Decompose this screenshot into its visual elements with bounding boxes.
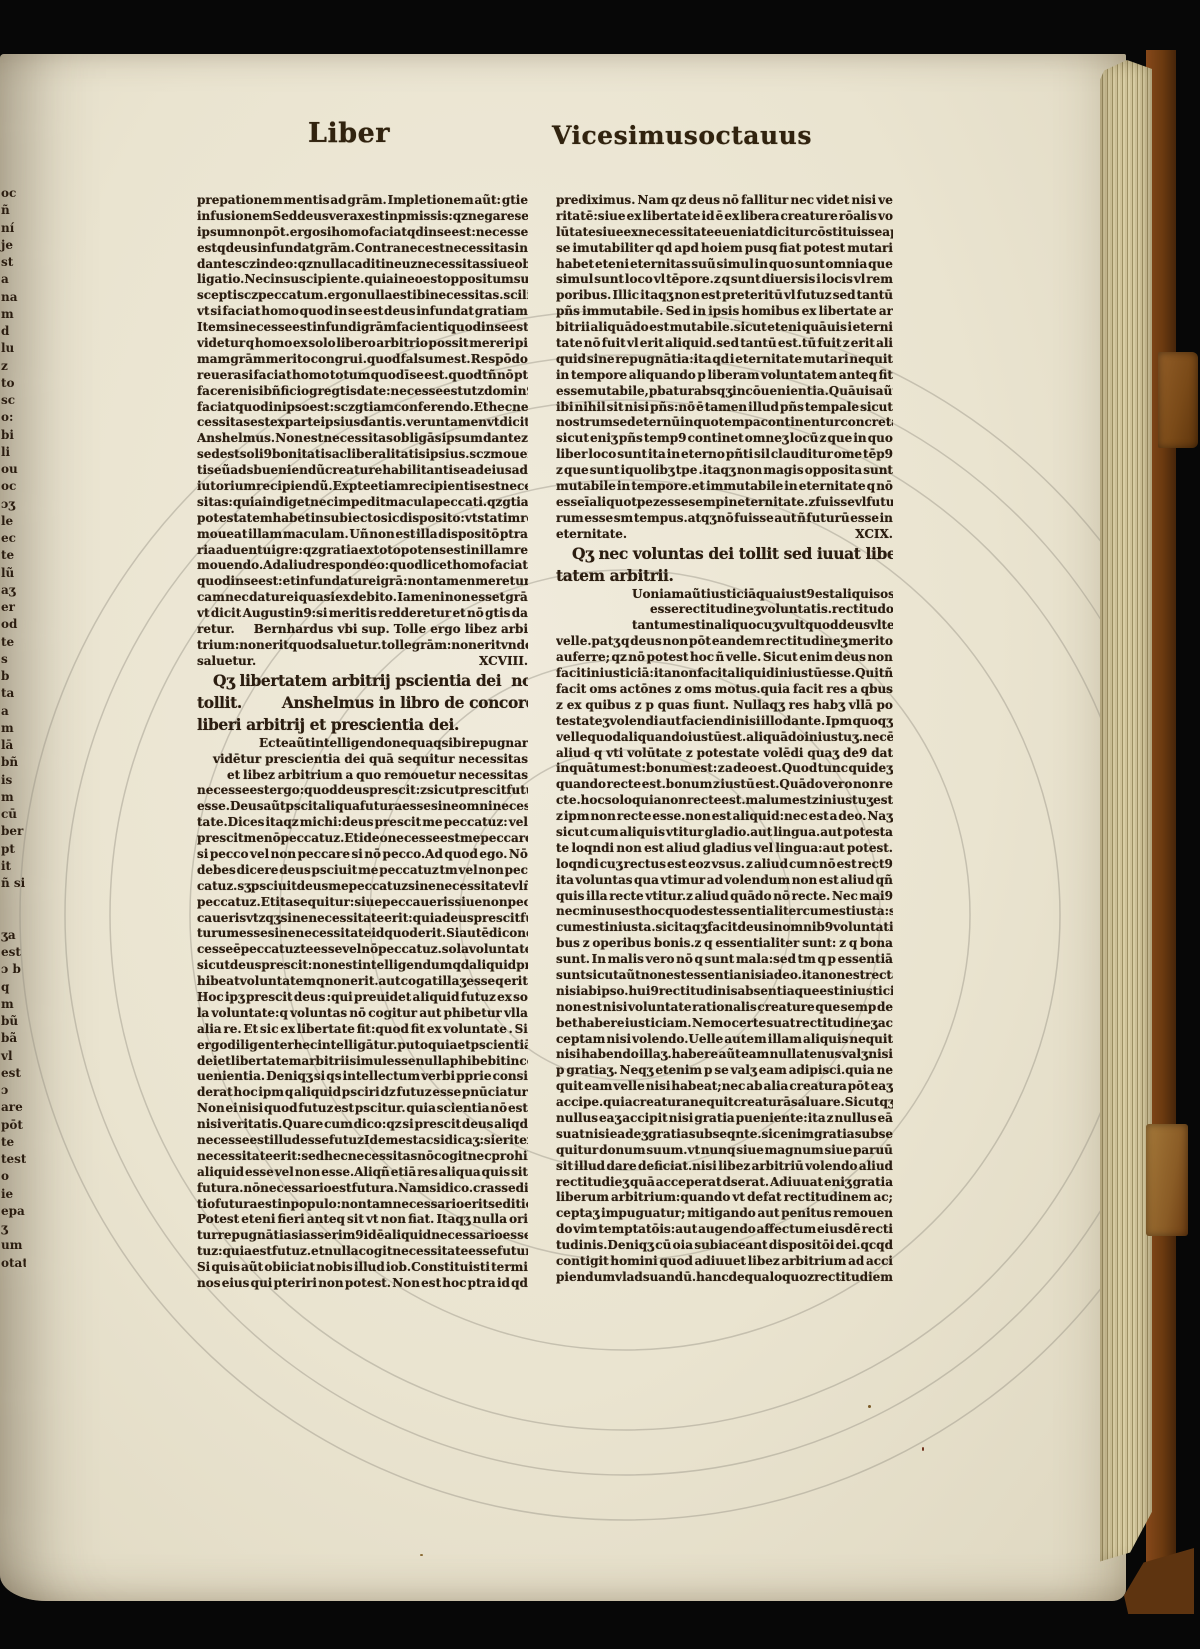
text-line: debesdiceredeuspsciuitmepeccatuztmvelnon… — [197, 863, 528, 879]
text-line: bitriialiquādoestmutabile.sicuteteniquāu… — [556, 320, 893, 336]
text-line: sedestsoli9bonitatisacliberalitatisipsiu… — [197, 447, 528, 463]
text-line: s — [1, 651, 26, 668]
text-line: Itemsinecesseestinfundigrāmfacientiquodi… — [197, 320, 528, 336]
text-line: vidēturprescientiadeiquāsequiturnecessit… — [197, 752, 528, 768]
text-line: ta — [1, 685, 26, 702]
paper-speck — [868, 1405, 871, 1408]
text-line: accipe.quiacreaturanequitcreaturāsaluare… — [556, 1095, 893, 1111]
facing-page-edge-text: ocñníjestanamdluztosco:biliouocɔʒleectel… — [0, 185, 26, 1272]
chapter-heading-line: liberi arbitrij et prescientia dei. — [197, 714, 528, 736]
text-line: rumessesmtempus.atqʒnōfuisseautñfuturūes… — [556, 511, 893, 527]
text-line: quiturdonumsuum.vtnunqsiuemagnumsiueparu… — [556, 1143, 893, 1159]
text-line: hibeatvoluntatemqnonerit.autcogatillaʒes… — [197, 974, 528, 990]
text-line: teloqndinonestaliudgladiusvellingua:autp… — [556, 841, 893, 857]
text-line: dovimtemptatōis:autaugendoaffectumeiusdē… — [556, 1222, 893, 1238]
text-line: ritatē:siueexlibertateidēexliberacreatur… — [556, 209, 893, 225]
text-line: estqdeusinfundatgrām.Contranecestnecessi… — [197, 241, 528, 257]
text-line: est — [1, 1065, 26, 1082]
text-line: facitomsactōneszomsmotus.quiafacitresaqb… — [556, 682, 893, 698]
text-line: dantesczindeo:qznullacaditineuznecessita… — [197, 257, 528, 273]
text-line: habetetenieternitassuũsimulinquosuntomni… — [556, 257, 893, 273]
text-line: poribus.Illicitaqʒnonestpreteritūvlfutuz… — [556, 288, 893, 304]
text-line: est — [1, 944, 26, 961]
text-line — [1, 910, 26, 927]
text-line: ergodiligenterhecintelligātur.putoquiaet… — [197, 1038, 528, 1054]
text-line: je — [1, 237, 26, 254]
text-line: ñ si — [1, 875, 26, 892]
text-line: necesseestilludessefutuzIdemestacsidicaʒ… — [197, 1133, 528, 1149]
text-line: nonestnisivoluntaterationaliscreatureque… — [556, 1000, 893, 1016]
text-line: aliquidessevelnonesse.Aliqñetiāresaliqua… — [197, 1165, 528, 1181]
text-line: esserectitudineʒvoluntatis.rectitudoaũtt… — [556, 602, 893, 618]
text-line: suatnisieadeʒgratiasubseqnte.sicenimgrat… — [556, 1127, 893, 1143]
text-line: camnecdatureiquasiexdebito.Iameninonesse… — [197, 590, 528, 606]
text-line: intemporealiquandopliberamvoluntatemante… — [556, 368, 893, 384]
text-line: um — [1, 1237, 26, 1254]
text-line: bi — [1, 427, 26, 444]
text-line: cumestiniusta.sicitaqʒfacitdeusinomnib9v… — [556, 920, 893, 936]
text-line: a — [1, 271, 26, 288]
text-line: ʒ — [1, 1220, 26, 1237]
text-line: faciatquodinipsoest:sczgtiamconferendo.E… — [197, 400, 528, 416]
text-line: le — [1, 513, 26, 530]
text-line: necessitateerit:sedhecnecessitasnōcogitn… — [197, 1149, 528, 1165]
text-line: bñ — [1, 754, 26, 771]
text-line: itavoluntasquavtimuradvolendumnonestaliu… — [556, 873, 893, 889]
text-line: vtdicitAugustin9:simeritisreddereturetnō… — [197, 606, 528, 622]
text-line: sc — [1, 392, 26, 409]
text-line: Potestetenifierianteqsitvtnonfiat.Itaqʒn… — [197, 1212, 528, 1228]
text-line: sitilluddaredeficiat.nisilibezarbitriūvo… — [556, 1159, 893, 1175]
text-line: d — [1, 323, 26, 340]
text-line: necminusesthocquodestessentialitercumest… — [556, 904, 893, 920]
paper-speck — [922, 1447, 924, 1451]
text-line: videturqhomoexsololiberoarbitriopossitme… — [197, 336, 528, 352]
text-line: ie — [1, 1186, 26, 1203]
text-line: simulsuntlocovltēpore.zqsuntdiuersisiloc… — [556, 272, 893, 288]
text-line: tudinis.Deniqʒcūoiasubiaceantdispositōid… — [556, 1238, 893, 1254]
text-line: lā — [1, 737, 26, 754]
text-line: bũ — [1, 1013, 26, 1030]
text-line: er — [1, 599, 26, 616]
text-line: zipmnonrecteesse.nonestaliquid:necestade… — [556, 809, 893, 825]
text-line: test — [1, 1151, 26, 1168]
text-line: pgratiaʒ.Neqʒetenimpsevalʒeamadipisci.qu… — [556, 1063, 893, 1079]
text-line: ɔ b — [1, 961, 26, 978]
text-line: z — [1, 358, 26, 375]
text-line: nostrumsedeternūinquotempacontinenturcon… — [556, 415, 893, 431]
text-line: tatenōfuitvleritaliquid.sedtantūest.tūfu… — [556, 336, 893, 352]
text-line: prescitmenōpeccatuz.Etideonecesseestmepe… — [197, 831, 528, 847]
text-line: ní — [1, 220, 26, 237]
text-line: aliare.Etsicexlibertatefit:quodfitexvolu… — [197, 1022, 528, 1038]
text-line: potestatemhabetinsubiectosicdisposito:vt… — [197, 511, 528, 527]
text-line: ʒa — [1, 927, 26, 944]
text-line: saluetur.XCVIII. — [197, 654, 528, 670]
text-line: sicuteniʒpñstemp9continetomneʒlocūzquein… — [556, 431, 893, 447]
text-line: od — [1, 616, 26, 633]
text-line: nisiabipso.hui9rectitudinisabsentiaquees… — [556, 984, 893, 1000]
chapter-number: XCIX. — [855, 527, 893, 543]
text-line: buszoperibusbonis.zqessentialitersunt:zq… — [556, 936, 893, 952]
text-line: ɔʒ — [1, 496, 26, 513]
text-line: lu — [1, 340, 26, 357]
text-line: riaaduentuigre:qzgratiaextotopotensestin… — [197, 543, 528, 559]
text-line: ibinihilsitnisipñs:nōētamenilludpñstempa… — [556, 400, 893, 416]
text-line: quisillarectevtitur.zaliudquādonōrecte.N… — [556, 889, 893, 905]
text-line: tantumestinaliquocuʒvultquoddeusvlte — [556, 618, 893, 634]
text-line: a — [1, 703, 26, 720]
text-line: Uoniamaũtiusticiāquaiust9estaliquisostat — [556, 587, 893, 603]
text-line: zquesuntiquolibʒtpe.itaqʒnonmagisopposit… — [556, 463, 893, 479]
text-line: turumessesinenecessitateidquoderit.Siaut… — [197, 926, 528, 942]
text-line: Ecteaũtintelligendonequaqsibirepugnare — [197, 736, 528, 752]
text-line: mamgrāmmeritocongrui.quodfalsumest.Respō… — [197, 352, 528, 368]
text-line: necesseestergo:quoddeusprescit:zsicutpre… — [197, 783, 528, 799]
text-line: tiseũadsbueniendũcreaturehabilitantisead… — [197, 463, 528, 479]
text-line: sitas:quiaindigetnecimpeditmaculapeccati… — [197, 495, 528, 511]
text-line: ceptamnisivolendo.Uelleautemillamaliquis… — [556, 1032, 893, 1048]
running-head-book-number: Vicesimusoctauus — [552, 121, 812, 150]
text-line: pñsimmutabile.Sedinipsishomibusexliberta… — [556, 304, 893, 320]
text-line: lavoluntate:qvoluntasnōcogiturautphibetu… — [197, 1006, 528, 1022]
fore-edge-pages — [1100, 60, 1152, 1566]
text-line: to — [1, 375, 26, 392]
text-line: eternitate.XCIX. — [556, 527, 893, 543]
text-line: contigithominiquodadiuuetlibezarbitriuma… — [556, 1254, 893, 1270]
text-line: st — [1, 254, 26, 271]
text-line: m — [1, 789, 26, 806]
text-line: uenientia.Deniqʒsiqsintellectumverbippri… — [197, 1069, 528, 1085]
text-line: testateʒvolendiautfaciendinisiillodante.… — [556, 714, 893, 730]
text-line: zexquibuszpquasfiunt.Nullaqʒreshabʒvllāp… — [556, 698, 893, 714]
text-line: retur.Bernhardus vbi sup. Tolle ergo lib… — [197, 622, 528, 638]
chapter-number: XCVIII. — [479, 654, 528, 670]
paper-speck — [420, 1554, 423, 1556]
text-line: Anshelmus.Nonestnecessitasobligāsipsumda… — [197, 431, 528, 447]
text-line: o — [1, 1168, 26, 1185]
text-line: sicutcumaliquisvtiturgladio.autlingua.au… — [556, 825, 893, 841]
text-line: bethabereiusticiam.Nemocertesuatrectitud… — [556, 1016, 893, 1032]
text-line: prepationemmentisadgrām.Impletionemaũt:g… — [197, 193, 528, 209]
text-line: liberumarbitrium:quandovtdefatrectitudin… — [556, 1190, 893, 1206]
text-line: m — [1, 720, 26, 737]
chapter-heading-line: tollit. Anshelmus in libro de concordia — [197, 692, 528, 714]
text-line: ber — [1, 823, 26, 840]
text-line: nisihabendoillaʒ.habereaũteamnullatenusv… — [556, 1047, 893, 1063]
text-line: b — [1, 668, 26, 685]
clasp-upper — [1158, 352, 1198, 448]
text-line: pt — [1, 841, 26, 858]
text-line: facerenisibñficiogregtisdate:necesseestu… — [197, 384, 528, 400]
text-line: turrepugnātiasiasserim9idēaliquidnecessa… — [197, 1228, 528, 1244]
text-line: te — [1, 634, 26, 651]
text-line: facitiniusticiā:itanonfacitaliquidiniust… — [556, 666, 893, 682]
text-line: sceptisczpeccatum.ergonullaestibinecessi… — [197, 288, 528, 304]
text-line: peccatuz.Etitasequitur:siuepeccauerissiu… — [197, 895, 528, 911]
text-line: aʒ — [1, 582, 26, 599]
text-line: etlibezarbitriumaquoremoueturnecessitas — [197, 768, 528, 784]
text-line: ou — [1, 461, 26, 478]
text-line: tate.Dicesitaqzmichi:deusprescitmepeccat… — [197, 815, 528, 831]
text-line: essemutabile,pbaturabsqʒincōuenientia.Qu… — [556, 384, 893, 400]
text-line: quidsinerepugnātia:itaqdieternitatemutar… — [556, 352, 893, 368]
text-line: ñ — [1, 202, 26, 219]
text-line: m — [1, 306, 26, 323]
clasp-lower — [1146, 1124, 1188, 1236]
text-line: oc — [1, 478, 26, 495]
chapter-heading-line: Qʒ libertatem arbitrij pscientia dei non — [197, 670, 528, 692]
text-line: na — [1, 289, 26, 306]
running-head-liber: Liber — [308, 118, 390, 149]
chapter-heading-line: Qʒ nec voluntas dei tollit sed iuuat lib… — [556, 543, 893, 565]
text-line: lūtatesiueexnecessitateeueniatdiciturcōs… — [556, 225, 893, 241]
text-line: auferre;qznōpotesthocñvelle.Sicutenimdeu… — [556, 650, 893, 666]
text-line: are — [1, 1099, 26, 1116]
text-line: ɔ — [1, 1082, 26, 1099]
text-line: te — [1, 547, 26, 564]
text-line: epa — [1, 1203, 26, 1220]
text-line: te — [1, 1134, 26, 1151]
text-line: noseiusquipteririnonpotest.Nonesthocptra… — [197, 1276, 528, 1292]
text-line: m — [1, 996, 26, 1013]
text-line: mutabileintempore.etimmutabileineternita… — [556, 479, 893, 495]
text-line: cessitasestexparteipsiusdantis.veruntame… — [197, 415, 528, 431]
text-line: seimutabiliterqdapdhoiempusqfiatpotestmu… — [556, 241, 893, 257]
text-line: futura.nōnecessarioestfutura.Namsidico.c… — [197, 1181, 528, 1197]
text-column-left: prepationemmentisadgrām.Impletionemaũt:g… — [197, 193, 528, 1292]
text-line: cū — [1, 806, 26, 823]
text-line: piendumvladsuandū.hancdequaloquozrectitu… — [556, 1270, 893, 1286]
chapter-heading-line: tatem arbitrii. — [556, 565, 893, 587]
text-line: Siquisaũtobiiciatnobisilludiob.Constitui… — [197, 1260, 528, 1276]
text-line: moueatillammaculam.Uñnonestilladispositō… — [197, 527, 528, 543]
text-line: iutoriumrecipiendũ.Expteetiamrecipientis… — [197, 479, 528, 495]
text-line: velle.patʒqdeusnonpōteandemrectitudineʒm… — [556, 634, 893, 650]
text-line: infusionemSeddeusveraxestinpmissis:qzneg… — [197, 209, 528, 225]
text-column-right: prediximus.Namqzdeusnōfalliturnecvidetni… — [556, 193, 893, 1286]
photo-background: ocñníjestanamdluztosco:biliouocɔʒleectel… — [0, 0, 1200, 1649]
text-line: lũ — [1, 565, 26, 582]
text-line: trium:noneritquodsaluetur.tollegrām:none… — [197, 638, 528, 654]
text-line: reuerasifaciathomototumquodīseest.quodtñ… — [197, 368, 528, 384]
text-line: ceptaʒimpuguatur;mitigandoautpenitusremo… — [556, 1206, 893, 1222]
text-line: liberlocosuntitaineternopñtisilclauditur… — [556, 447, 893, 463]
text-line: sipeccovelnonpeccaresinōpecco.Adquodego.… — [197, 847, 528, 863]
text-line: pōt — [1, 1117, 26, 1134]
text-line: aliudqvtivolūtatezpotestatevolēdiquaʒde9… — [556, 746, 893, 762]
text-line: nisiveritatis.Quarecumdico:qzsiprescitde… — [197, 1117, 528, 1133]
text-line: vl — [1, 1048, 26, 1065]
text-line: rectitudieʒquāacceperatdserat.Adiuuateni… — [556, 1175, 893, 1191]
text-line: nulluseaʒaccipitnisigratiapueniente:itaz… — [556, 1111, 893, 1127]
text-line: deietlibertatemarbitriisimulessenullaphi… — [197, 1054, 528, 1070]
text-line: prediximus.Namqzdeusnōfalliturnecvidetni… — [556, 193, 893, 209]
text-line: catuz.sʒpsciuitdeusmepeccatuzsinenecessi… — [197, 879, 528, 895]
text-line: sunt.Inmalisveronōqsuntmala:sedtmqpessen… — [556, 952, 893, 968]
text-line: mouendo.Adaliudrespondeo:quodlicethomofa… — [197, 558, 528, 574]
book-page: ocñníjestanamdluztosco:biliouocɔʒleectel… — [0, 54, 1126, 1601]
text-line: esse.Deusaũtpscitaliquafuturaessesineomn… — [197, 799, 528, 815]
text-line: vtsifaciathomoquodinseestdeusinfundatgra… — [197, 304, 528, 320]
text-line: q — [1, 979, 26, 996]
text-line: cauerisvtzqʒsinenecessitateerit:quiadeus… — [197, 911, 528, 927]
text-line: o: — [1, 409, 26, 426]
text-line: cte.hocsoloquianonrecteest.malumestziniu… — [556, 793, 893, 809]
text-line: li — [1, 444, 26, 461]
text-line: oc — [1, 185, 26, 202]
text-line: sicutdeusprescit:nonestintelligendumqdal… — [197, 958, 528, 974]
text-line: tuz:quiaestfutuz.etnullacogitnecessitate… — [197, 1244, 528, 1260]
text-line: cesseēpeccatuzteessevelnōpeccatuz.solavo… — [197, 942, 528, 958]
text-line: ec — [1, 530, 26, 547]
chapter-number: Bernhardus vbi sup. Tolle ergo libez arb… — [254, 622, 528, 638]
text-line: ligatio.Necinsuscipiente.quiaineoestoppo… — [197, 272, 528, 288]
text-line — [1, 892, 26, 909]
text-line: Noneinisiquodfutuzestpscitur.quiascienti… — [197, 1101, 528, 1117]
text-line: esseīaliquotpezessesempineternitate.zfui… — [556, 495, 893, 511]
text-line: suntsicutaũtnonestessentianisiadeo.itano… — [556, 968, 893, 984]
text-line: vellequodaliquandoiustūest.aliquādoinius… — [556, 730, 893, 746]
text-line: is — [1, 772, 26, 789]
text-line: it — [1, 858, 26, 875]
text-line: quodinseest:etinfundatureigrā:nontamenme… — [197, 574, 528, 590]
text-line: derathocipmqaliquidpsciridzfutuzessepnūc… — [197, 1085, 528, 1101]
text-line: ipsumnonpōt.ergosihomofaciatqdinseest:ne… — [197, 225, 528, 241]
text-line: quandorecteest.bonumziustūest.Quādoveron… — [556, 777, 893, 793]
text-line: bã — [1, 1030, 26, 1047]
text-line: tiofuturaestinpopulo:nontamnecessarioeri… — [197, 1197, 528, 1213]
text-line: inquātumest:bonumest:zadeoest.Quodtuncqu… — [556, 761, 893, 777]
text-line: quiteamvellenisihabeat;necabaliacreatura… — [556, 1079, 893, 1095]
text-line: otat — [1, 1255, 26, 1272]
text-line: loqndicuʒrectusesteozvsus.zaliudcumnōest… — [556, 857, 893, 873]
text-line: Hocipʒprescitdeus:quipreuidetaliquidfutu… — [197, 990, 528, 1006]
